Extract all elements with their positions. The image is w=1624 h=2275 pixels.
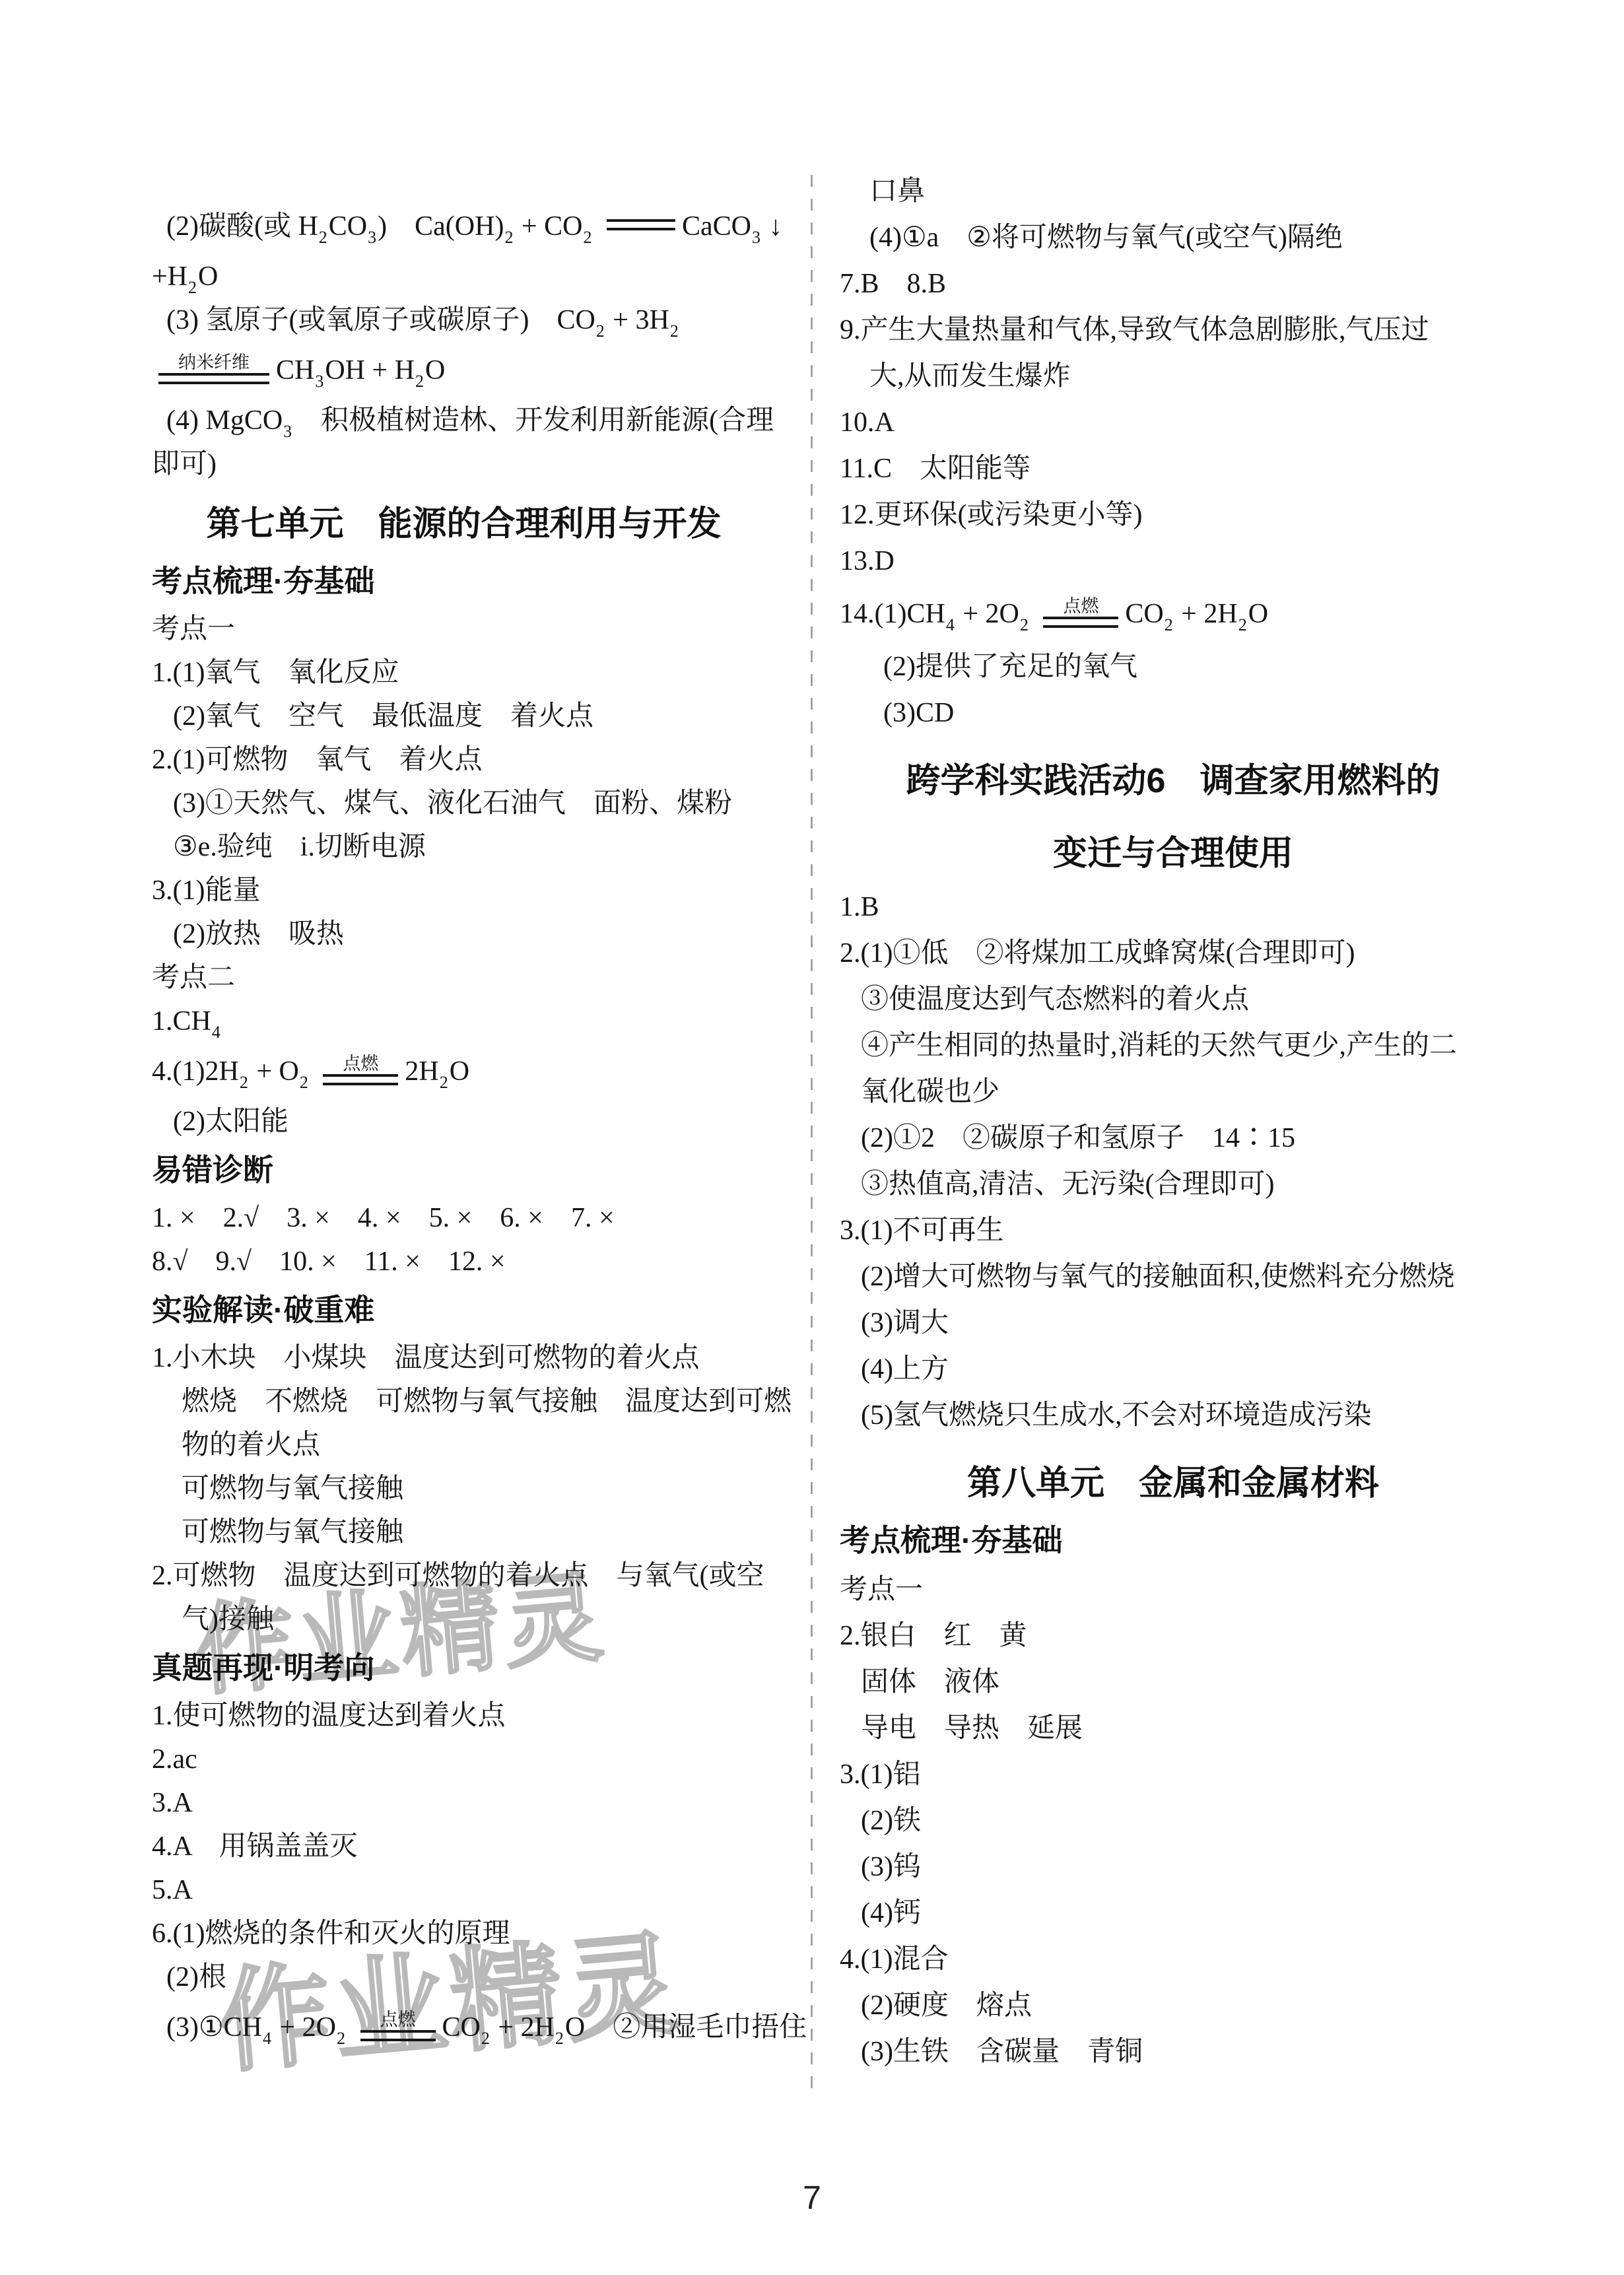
subscript: 2 [240, 1073, 248, 1092]
answer-line: 纳米纤维CH3OH + H2O [152, 342, 776, 399]
answer-line: 12.更环保(或污染更小等) [840, 492, 1506, 538]
answer-line: 7.B 8.B [840, 261, 1506, 307]
subsection-title: 易错诊断 [152, 1143, 776, 1196]
answer-line: 4.(1)混合 [840, 1936, 1506, 1983]
reaction-equals-sign [607, 219, 675, 230]
answer-line: 大,从而发生爆炸 [840, 353, 1506, 399]
reaction-equals-sign: 点燃 [360, 2010, 436, 2041]
answer-line: (2)①2 ②碳原子和氢原子 14∶15 [840, 1115, 1506, 1161]
double-line-equals [1043, 617, 1118, 628]
answer-line: (2)氧气 空气 最低温度 着火点 [152, 695, 776, 738]
answer-line: (2)铁 [840, 1798, 1506, 1844]
answer-line: ④产生相同的热量时,消耗的天然气更少,产生的二 [840, 1023, 1506, 1069]
answer-line: (4)钙 [840, 1890, 1506, 1936]
subscript: 2 [337, 2029, 345, 2048]
answer-line: (3)钨 [840, 1844, 1506, 1890]
answer-line: 4.A 用锅盖盖灭 [152, 1825, 776, 1868]
reaction-condition-label: 纳米纤维 [158, 353, 269, 373]
reaction-equals-sign: 点燃 [1043, 597, 1118, 628]
answer-line: (3)①天然气、煤气、液化石油气 面粉、煤粉 [152, 782, 776, 825]
answer-line: (3)①CH4 + 2O2 点燃CO2 + 2H2O ②用湿毛巾捂住 [152, 1999, 776, 2056]
subscript: 2 [481, 2029, 490, 2048]
answer-line: 2.(1)可燃物 氧气 着火点 [152, 738, 776, 782]
answer-line: (3) 氢原子(或氧原子或碳原子) CO2 + 3H2 [152, 298, 776, 342]
reaction-equals-sign: 纳米纤维 [158, 353, 269, 384]
answer-line: 1.小木块 小煤块 温度达到可燃物的着火点 [152, 1336, 776, 1380]
subsection-title: 实验解读·破重难 [152, 1283, 776, 1336]
page-number: 7 [759, 2179, 865, 2217]
answer-line: 1.使可燃物的温度达到着火点 [152, 1694, 776, 1738]
answer-line: 气)接触 [152, 1598, 776, 1641]
section-title: 变迁与合理使用 [840, 826, 1506, 881]
answer-line: (4) MgCO3 积极植树造林、开发利用新能源(合理 [152, 399, 776, 442]
answer-line: (2)太阳能 [152, 1100, 776, 1143]
subscript: 3 [368, 228, 376, 247]
double-line-equals [158, 373, 269, 384]
reaction-condition-label: 点燃 [360, 2010, 436, 2030]
answer-line: 13.D [840, 538, 1506, 584]
answer-line: 1. × 2.√ 3. × 4. × 5. × 6. × 7. × [152, 1196, 776, 1240]
subscript: 2 [504, 228, 513, 247]
answer-line: 3.(1)能量 [152, 869, 776, 912]
subsection-title: 考点梳理·夯基础 [152, 555, 776, 607]
answer-line: (2)增大可燃物与氧气的接触面积,使燃料充分燃烧 [840, 1254, 1506, 1300]
answer-line: (3)CD [840, 690, 1506, 736]
subscript: 2 [1165, 615, 1173, 634]
answer-line: 物的着火点 [152, 1423, 776, 1467]
answer-line: 11.C 太阳能等 [840, 446, 1506, 492]
answer-line: 1.CH4 [152, 1000, 776, 1043]
answer-line: ③e.验纯 i.切断电源 [152, 825, 776, 869]
answer-line: (2)提供了充足的氧气 [840, 644, 1506, 690]
answer-line: (4)①a ②将可燃物与氧气(或空气)隔绝 [840, 215, 1506, 261]
answer-line: 即可) [152, 442, 776, 486]
subscript: 2 [555, 2029, 564, 2048]
answer-line: 氧化碳也少 [840, 1069, 1506, 1115]
answer-line: 可燃物与氧气接触 [152, 1467, 776, 1511]
answer-line: (3)调大 [840, 1300, 1506, 1346]
subscript: 4 [263, 2029, 271, 2048]
subscript: 2 [596, 322, 605, 341]
answer-line: 口鼻 [840, 168, 1506, 215]
answer-line: 考点一 [840, 1567, 1506, 1613]
subsection-title: 考点梳理·夯基础 [840, 1514, 1506, 1567]
double-line-equals [360, 2030, 436, 2041]
answer-line: 14.(1)CH4 + 2O2 点燃CO2 + 2H2O [840, 584, 1506, 644]
answer-line: (3)生铁 含碳量 青铜 [840, 2029, 1506, 2075]
answer-line: (2)硬度 熔点 [840, 1983, 1506, 2029]
section-title: 第八单元 金属和金属材料 [840, 1456, 1506, 1511]
answer-line: +H2O [152, 255, 776, 298]
subscript: 2 [415, 372, 424, 391]
subscript: 4 [946, 615, 955, 634]
answer-line: 1.(1)氧气 氧化反应 [152, 651, 776, 695]
section-title: 跨学科实践活动6 调查家用燃料的 [840, 753, 1506, 809]
double-line-equals [323, 1074, 398, 1085]
answer-line: (2)碳酸(或 H2CO3) Ca(OH)2 + CO2 CaCO3 ↓ [152, 198, 776, 255]
answer-key-page: 作业精灵 作业精灵 (2)碳酸(或 H2CO3) Ca(OH)2 + CO2 C… [0, 0, 1624, 2275]
answer-line: 4.(1)2H2 + O2 点燃2H2O [152, 1043, 776, 1100]
answer-line: 3.A [152, 1781, 776, 1825]
answer-line: 10.A [840, 399, 1506, 446]
column-divider-dashed-line [811, 175, 813, 2099]
answer-line: 9.产生大量热量和气体,导致气体急剧膨胀,气压过 [840, 307, 1506, 353]
answer-line: (2)根 [152, 1955, 776, 1999]
answer-line: 1.B [840, 884, 1506, 930]
answer-line: 2.可燃物 温度达到可燃物的着火点 与氧气(或空 [152, 1554, 776, 1598]
answer-line: 3.(1)不可再生 [840, 1207, 1506, 1254]
subscript: 2 [670, 322, 679, 341]
answer-line: 导电 导热 延展 [840, 1705, 1506, 1751]
answer-line: (4)上方 [840, 1346, 1506, 1392]
reaction-condition-label: 点燃 [323, 1054, 398, 1074]
subscript: 2 [1020, 615, 1029, 634]
reaction-equals-sign: 点燃 [323, 1054, 398, 1085]
answer-line: 8.√ 9.√ 10. × 11. × 12. × [152, 1240, 776, 1283]
answer-line: 2.ac [152, 1738, 776, 1781]
reaction-condition-label: 点燃 [1043, 597, 1118, 617]
answer-line: 燃烧 不燃烧 可燃物与氧气接触 温度达到可燃 [152, 1380, 776, 1423]
subscript: 2 [583, 228, 592, 247]
answer-line: 6.(1)燃烧的条件和灭火的原理 [152, 1912, 776, 1955]
left-column: (2)碳酸(或 H2CO3) Ca(OH)2 + CO2 CaCO3 ↓+H2O… [152, 198, 776, 2056]
subscript: 2 [319, 228, 327, 247]
subscript: 2 [300, 1073, 308, 1092]
subscript: 2 [1238, 615, 1247, 634]
answer-line: 3.(1)铝 [840, 1751, 1506, 1798]
answer-line: ③使温度达到气态燃料的着火点 [840, 976, 1506, 1023]
subscript: 3 [315, 372, 323, 391]
subscript: 3 [752, 228, 761, 247]
double-line-equals [607, 219, 675, 230]
subscript: 3 [283, 422, 292, 441]
answer-line: 2.银白 红 黄 [840, 1613, 1506, 1659]
answer-line: 考点二 [152, 956, 776, 1000]
subscript: 2 [440, 1073, 448, 1092]
answer-line: 5.A [152, 1868, 776, 1912]
answer-line: 考点一 [152, 607, 776, 651]
answer-line: 固体 液体 [840, 1659, 1506, 1705]
answer-line: 可燃物与氧气接触 [152, 1511, 776, 1554]
subsection-title: 真题再现·明考向 [152, 1641, 776, 1694]
subscript: 4 [212, 1023, 220, 1042]
section-title: 第七单元 能源的合理利用与开发 [152, 496, 776, 552]
answer-line: 2.(1)①低 ②将煤加工成蜂窝煤(合理即可) [840, 930, 1506, 976]
answer-line: ③热值高,清洁、无污染(合理即可) [840, 1161, 1506, 1207]
right-column: 口鼻(4)①a ②将可燃物与氧气(或空气)隔绝7.B 8.B9.产生大量热量和气… [840, 168, 1506, 2075]
answer-line: (2)放热 吸热 [152, 912, 776, 956]
subscript: 2 [188, 278, 197, 297]
answer-line: (5)氢气燃烧只生成水,不会对环境造成污染 [840, 1392, 1506, 1439]
